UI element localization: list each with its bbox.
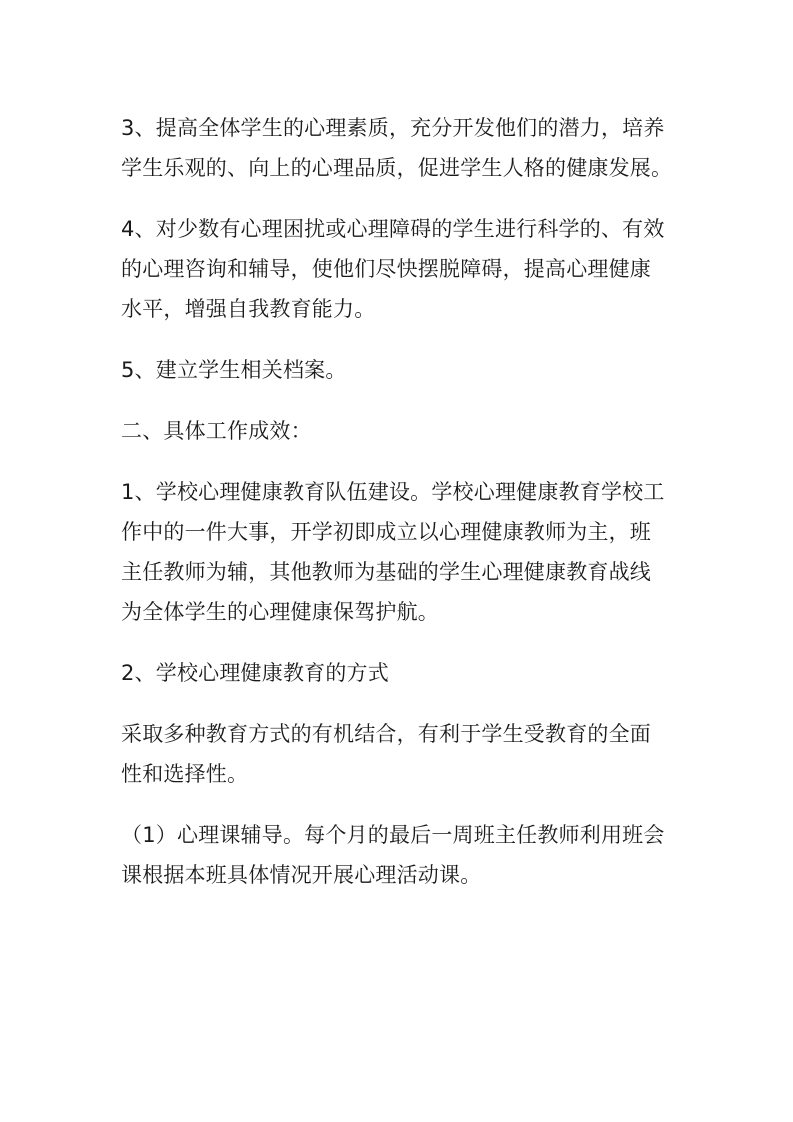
text-line: 2、学校心理健康教育的方式 <box>121 653 677 693</box>
text-line: 3、提高全体学生的心理素质，充分开发他们的潜力，培养 <box>121 108 677 148</box>
text-line: 为全体学生的心理健康保驾护航。 <box>121 592 677 632</box>
section-heading: 二、具体工作成效： <box>121 411 677 451</box>
text-line: 学生乐观的、向上的心理品质，促进学生人格的健康发展。 <box>121 148 677 188</box>
text-line: 课根据本班具体情况开展心理活动课。 <box>121 855 677 895</box>
paragraph-goal-5: 5、建立学生相关档案。 <box>121 350 677 390</box>
paragraph-result-2-intro: 采取多种教育方式的有机结合，有利于学生受教育的全面 性和选择性。 <box>121 714 677 794</box>
text-line: 主任教师为辅，其他教师为基础的学生心理健康教育战线 <box>121 552 677 592</box>
paragraph-result-2: 2、学校心理健康教育的方式 <box>121 653 677 693</box>
document-body: 3、提高全体学生的心理素质，充分开发他们的潜力，培养 学生乐观的、向上的心理品质… <box>121 108 677 916</box>
paragraph-result-1: 1、学校心理健康教育队伍建设。学校心理健康教育学校工 作中的一件大事，开学初即成… <box>121 472 677 632</box>
text-line: 5、建立学生相关档案。 <box>121 350 677 390</box>
text-line: 4、对少数有心理困扰或心理障碍的学生进行科学的、有效 <box>121 209 677 249</box>
text-line: 作中的一件大事，开学初即成立以心理健康教师为主，班 <box>121 512 677 552</box>
paragraph-goal-3: 3、提高全体学生的心理素质，充分开发他们的潜力，培养 学生乐观的、向上的心理品质… <box>121 108 677 188</box>
heading-text: 二、具体工作成效： <box>121 411 677 451</box>
paragraph-goal-4: 4、对少数有心理困扰或心理障碍的学生进行科学的、有效 的心理咨询和辅导，使他们尽… <box>121 209 677 329</box>
document-page: 3、提高全体学生的心理素质，充分开发他们的潜力，培养 学生乐观的、向上的心理品质… <box>0 0 793 1122</box>
paragraph-result-2-item-1: （1）心理课辅导。每个月的最后一周班主任教师利用班会 课根据本班具体情况开展心理… <box>121 815 677 895</box>
text-line: 性和选择性。 <box>121 754 677 794</box>
text-line: 水平，增强自我教育能力。 <box>121 289 677 329</box>
text-line: 采取多种教育方式的有机结合，有利于学生受教育的全面 <box>121 714 677 754</box>
text-line: （1）心理课辅导。每个月的最后一周班主任教师利用班会 <box>121 815 677 855</box>
text-line: 的心理咨询和辅导，使他们尽快摆脱障碍，提高心理健康 <box>121 249 677 289</box>
text-line: 1、学校心理健康教育队伍建设。学校心理健康教育学校工 <box>121 472 677 512</box>
